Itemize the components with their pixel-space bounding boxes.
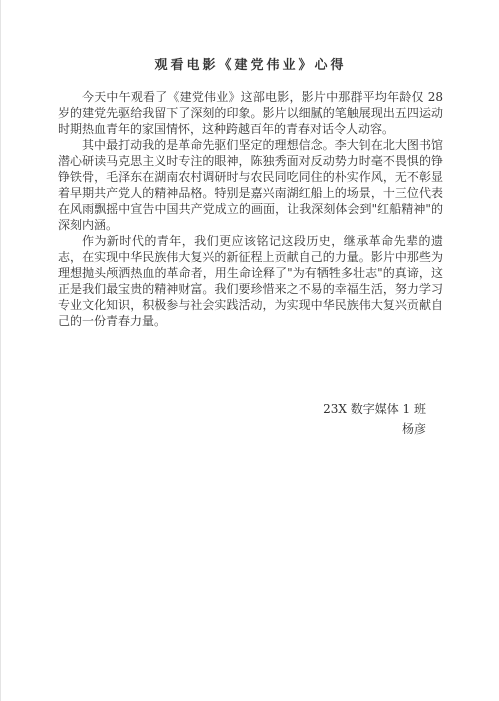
- paragraph-body: 其中最打动我的是革命先驱们坚定的理想信念。李大钊在北大图书馆潜心研读马克思主义时…: [58, 137, 443, 233]
- signature-block: 23X 数字媒体 1 班 杨彦: [58, 399, 443, 439]
- document-page: 观看电影《建党伟业》心得 今天中午观看了《建党伟业》这部电影，影片中那群平均年龄…: [1, 0, 499, 701]
- paragraph-intro: 今天中午观看了《建党伟业》这部电影，影片中那群平均年龄仅 28 岁的建党先驱给我…: [58, 89, 443, 137]
- signature-name-line: 杨彦: [58, 419, 426, 439]
- document-title: 观看电影《建党伟业》心得: [58, 54, 443, 73]
- signature-class-line: 23X 数字媒体 1 班: [58, 399, 426, 419]
- paragraph-conclusion: 作为新时代的青年，我们更应该铭记这段历史，继承革命先辈的遗志，在实现中华民族伟大…: [58, 233, 443, 329]
